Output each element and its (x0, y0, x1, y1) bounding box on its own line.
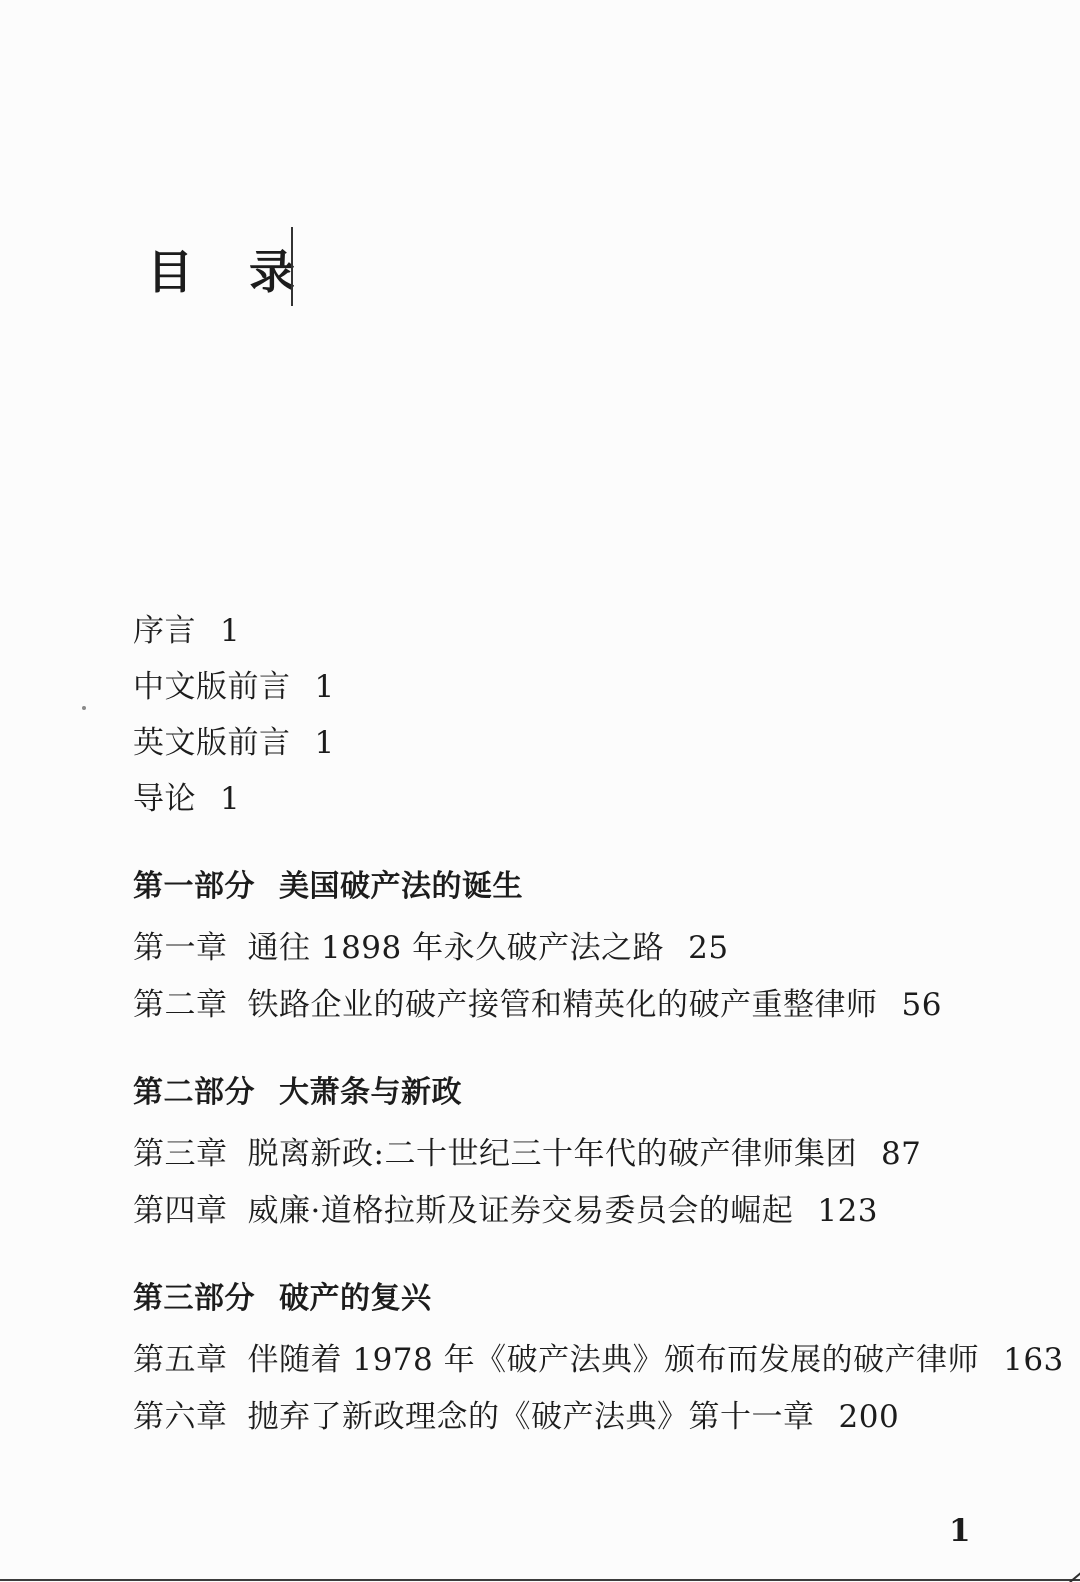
entry-title: 序言 (133, 613, 196, 649)
scan-edge-line (0, 1579, 1080, 1581)
chapter-label: 第六章 (133, 1399, 228, 1435)
part-title: 美国破产法的诞生 (279, 869, 523, 904)
toc-chapter-6: 第六章抛弃了新政理念的《破产法典》第十一章200 (133, 1401, 1020, 1434)
part-label: 第三部分 (133, 1281, 255, 1316)
part-title: 大萧条与新政 (279, 1075, 462, 1110)
toc-chapter-3: 第三章脱离新政:二十世纪三十年代的破产律师集团87 (133, 1138, 1020, 1171)
toc-list: 序言1 中文版前言1 英文版前言1 导论1 第一部分美国破产法的诞生 第一章通往… (133, 615, 1020, 1434)
toc-chapter-4: 第四章威廉·道格拉斯及证券交易委员会的崛起123 (133, 1195, 1020, 1228)
chapter-title: 伴随着 1978 年《破产法典》颁布而发展的破产律师 (248, 1342, 980, 1378)
toc-chapter-5: 第五章伴随着 1978 年《破产法典》颁布而发展的破产律师163 (133, 1344, 1020, 1377)
entry-page-number: 25 (688, 930, 728, 966)
title-char-lu: 录 (249, 245, 295, 299)
toc-chapter-1: 第一章通往 1898 年永久破产法之路25 (133, 932, 1020, 965)
toc-entry-english-preface: 英文版前言1 (133, 727, 1020, 760)
entry-page-number: 87 (881, 1136, 921, 1172)
title-char-mu: 目 (147, 245, 193, 299)
chapter-title: 抛弃了新政理念的《破产法典》第十一章 (248, 1399, 815, 1435)
folio-page-number: 1 (949, 1515, 971, 1548)
entry-page-number: 200 (839, 1399, 900, 1435)
entry-page-number: 163 (1003, 1342, 1064, 1378)
scan-speck (82, 706, 86, 710)
chapter-label: 第三章 (133, 1136, 228, 1172)
text-cursor-line (291, 227, 293, 306)
chapter-label: 第一章 (133, 930, 228, 966)
chapter-title: 铁路企业的破产接管和精英化的破产重整律师 (248, 987, 878, 1023)
chapter-title: 通往 1898 年永久破产法之路 (248, 930, 665, 966)
chapter-title: 威廉·道格拉斯及证券交易委员会的崛起 (248, 1193, 794, 1229)
toc-entry-preface: 序言1 (133, 615, 1020, 648)
toc-entry-introduction: 导论1 (133, 783, 1020, 816)
toc-page: 目录 序言1 中文版前言1 英文版前言1 导论1 第一部分美国破产法的诞生 第一… (0, 0, 1080, 1582)
part-label: 第一部分 (133, 869, 255, 904)
toc-part-2-header: 第二部分大萧条与新政 (133, 1076, 1020, 1109)
toc-part-3-header: 第三部分破产的复兴 (133, 1282, 1020, 1315)
part-title: 破产的复兴 (279, 1281, 432, 1316)
entry-page-number: 123 (817, 1193, 878, 1229)
entry-page-number: 1 (315, 725, 335, 761)
toc-entry-chinese-preface: 中文版前言1 (133, 671, 1020, 704)
entry-page-number: 1 (220, 613, 240, 649)
entry-page-number: 1 (315, 669, 335, 705)
toc-chapter-2: 第二章铁路企业的破产接管和精英化的破产重整律师56 (133, 989, 1020, 1022)
entry-page-number: 1 (220, 781, 240, 817)
chapter-label: 第五章 (133, 1342, 228, 1378)
part-label: 第二部分 (133, 1075, 255, 1110)
chapter-title: 脱离新政:二十世纪三十年代的破产律师集团 (248, 1136, 857, 1172)
toc-part-1-header: 第一部分美国破产法的诞生 (133, 870, 1020, 903)
page-title: 目录 (147, 247, 295, 297)
chapter-label: 第二章 (133, 987, 228, 1023)
entry-title: 导论 (133, 781, 196, 817)
entry-page-number: 56 (902, 987, 942, 1023)
entry-title: 英文版前言 (133, 725, 291, 761)
chapter-label: 第四章 (133, 1193, 228, 1229)
entry-title: 中文版前言 (133, 669, 291, 705)
